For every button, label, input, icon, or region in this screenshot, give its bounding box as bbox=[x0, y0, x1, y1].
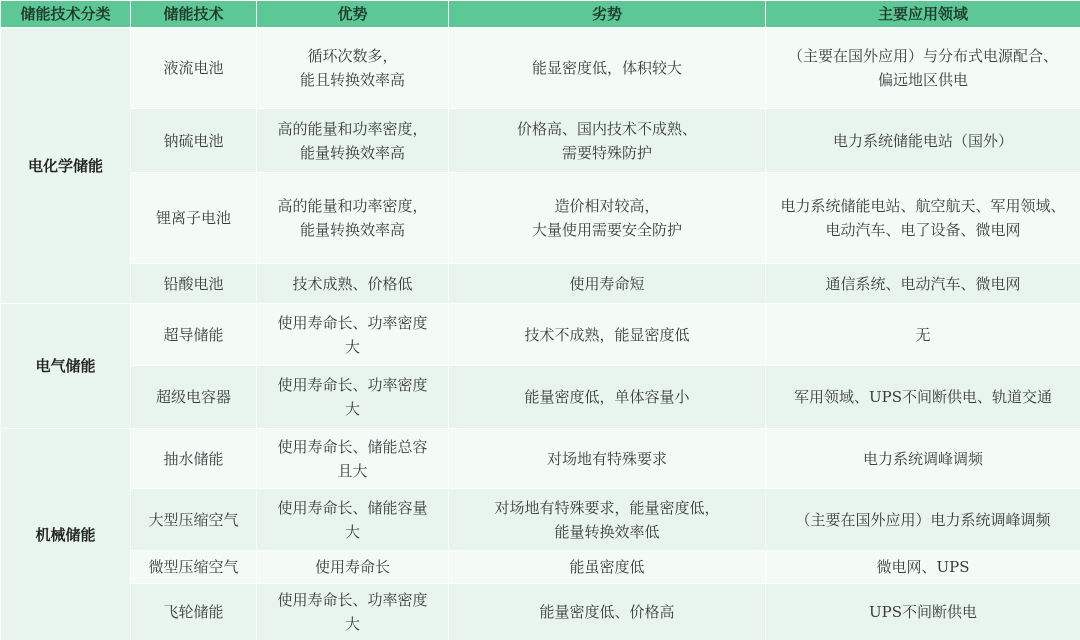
application-line: 电力系统储能电站、航空航天、军用领域、 bbox=[770, 194, 1076, 218]
disadvantage-line: 价格高、国内技术不成熟、 bbox=[453, 117, 761, 141]
tech-cell: 飞轮储能 bbox=[131, 584, 257, 640]
advantage-cell: 使用寿命长、功率密度 大 bbox=[257, 304, 449, 366]
disadvantage-line: 造价相对较高， bbox=[453, 194, 761, 218]
advantage-line: 能量转换效率高 bbox=[261, 141, 444, 165]
advantage-line: 使用寿命长、储能总容 bbox=[261, 435, 444, 459]
application-line: 军用领域、UPS不间断供电、轨道交通 bbox=[770, 385, 1076, 409]
category-cell: 电化学储能 bbox=[1, 28, 131, 304]
advantage-cell: 使用寿命长 bbox=[257, 551, 449, 584]
advantage-cell: 技术成熟、价格低 bbox=[257, 264, 449, 304]
disadvantage-line: 能量转换效率低 bbox=[453, 520, 761, 544]
advantage-line: 高的能量和功率密度， bbox=[261, 117, 444, 141]
disadvantage-line: 对场地有特殊要求，能量密度低， bbox=[453, 496, 761, 520]
disadvantage-cell: 造价相对较高， 大量使用需要安全防护 bbox=[449, 173, 766, 264]
disadvantage-cell: 技术不成熟，能显密度低 bbox=[449, 304, 766, 366]
advantage-line: 且大 bbox=[261, 459, 444, 483]
application-line: 电动汽车、电了设备、微电网 bbox=[770, 218, 1076, 242]
application-cell: 电力系统储能电站、航空航天、军用领域、 电动汽车、电了设备、微电网 bbox=[766, 173, 1080, 264]
header-disadvantage: 劣势 bbox=[449, 1, 766, 28]
application-cell: 电力系统调峰调频 bbox=[766, 429, 1080, 489]
advantage-line: 使用寿命长、功率密度 bbox=[261, 311, 444, 335]
disadvantage-line: 能量密度低，单体容量小 bbox=[453, 385, 761, 409]
table-row: 电化学储能 液流电池 循环次数多， 能且转换效率高 能显密度低，体积较大 （主要… bbox=[1, 28, 1080, 109]
application-line: 偏远地区供电 bbox=[770, 68, 1076, 92]
advantage-line: 技术成熟、价格低 bbox=[261, 272, 444, 296]
header-category: 储能技术分类 bbox=[1, 1, 131, 28]
tech-cell: 抽水储能 bbox=[131, 429, 257, 489]
tech-cell: 铅酸电池 bbox=[131, 264, 257, 304]
advantage-cell: 高的能量和功率密度， 能量转换效率高 bbox=[257, 173, 449, 264]
advantage-cell: 高的能量和功率密度， 能量转换效率高 bbox=[257, 109, 449, 173]
application-line: UPS不间断供电 bbox=[770, 600, 1076, 624]
advantage-line: 大 bbox=[261, 335, 444, 359]
disadvantage-cell: 能虽密度低 bbox=[449, 551, 766, 584]
header-technology: 储能技术 bbox=[131, 1, 257, 28]
disadvantage-cell: 对场地有特殊要求 bbox=[449, 429, 766, 489]
table-row: 机械储能 抽水储能 使用寿命长、储能总容 且大 对场地有特殊要求 电力系统调峰调… bbox=[1, 429, 1080, 489]
application-line: 电力系统储能电站（国外） bbox=[770, 129, 1076, 153]
disadvantage-line: 对场地有特殊要求 bbox=[453, 447, 761, 471]
header-row: 储能技术分类 储能技术 优势 劣势 主要应用领域 bbox=[1, 1, 1080, 28]
advantage-line: 使用寿命长、储能容量 bbox=[261, 496, 444, 520]
table-row: 电气储能 超导储能 使用寿命长、功率密度 大 技术不成熟，能显密度低 无 bbox=[1, 304, 1080, 366]
application-cell: UPS不间断供电 bbox=[766, 584, 1080, 640]
application-line: 无 bbox=[770, 323, 1076, 347]
table-row: 大型压缩空气 使用寿命长、储能容量 大 对场地有特殊要求，能量密度低， 能量转换… bbox=[1, 489, 1080, 551]
application-cell: 军用领域、UPS不间断供电、轨道交通 bbox=[766, 366, 1080, 429]
header-application: 主要应用领域 bbox=[766, 1, 1080, 28]
advantage-line: 使用寿命长 bbox=[261, 555, 444, 579]
advantage-line: 循环次数多， bbox=[261, 44, 444, 68]
application-cell: 通信系统、电动汽车、微电网 bbox=[766, 264, 1080, 304]
advantage-line: 高的能量和功率密度， bbox=[261, 194, 444, 218]
application-line: 电力系统调峰调频 bbox=[770, 447, 1076, 471]
application-line: 微电网、UPS bbox=[770, 555, 1076, 579]
application-line: （主要在国外应用）电力系统调峰调频 bbox=[770, 508, 1076, 532]
advantage-cell: 使用寿命长、功率密度 大 bbox=[257, 584, 449, 640]
application-line: 通信系统、电动汽车、微电网 bbox=[770, 272, 1076, 296]
table-row: 钠硫电池 高的能量和功率密度， 能量转换效率高 价格高、国内技术不成熟、 需要特… bbox=[1, 109, 1080, 173]
advantage-line: 能且转换效率高 bbox=[261, 68, 444, 92]
application-cell: 微电网、UPS bbox=[766, 551, 1080, 584]
disadvantage-cell: 能显密度低，体积较大 bbox=[449, 28, 766, 109]
advantage-cell: 使用寿命长、储能容量 大 bbox=[257, 489, 449, 551]
disadvantage-cell: 使用寿命短 bbox=[449, 264, 766, 304]
disadvantage-line: 能虽密度低 bbox=[453, 555, 761, 579]
tech-cell: 超导储能 bbox=[131, 304, 257, 366]
advantage-line: 大 bbox=[261, 612, 444, 636]
table-row: 微型压缩空气 使用寿命长 能虽密度低 微电网、UPS bbox=[1, 551, 1080, 584]
advantage-line: 使用寿命长、功率密度 bbox=[261, 373, 444, 397]
table-row: 超级电容器 使用寿命长、功率密度 大 能量密度低，单体容量小 军用领域、UPS不… bbox=[1, 366, 1080, 429]
disadvantage-line: 使用寿命短 bbox=[453, 272, 761, 296]
application-cell: （主要在国外应用）与分布式电源配合、 偏远地区供电 bbox=[766, 28, 1080, 109]
advantage-line: 大 bbox=[261, 520, 444, 544]
application-cell: 无 bbox=[766, 304, 1080, 366]
advantage-cell: 使用寿命长、功率密度 大 bbox=[257, 366, 449, 429]
disadvantage-line: 能显密度低，体积较大 bbox=[453, 56, 761, 80]
category-cell: 机械储能 bbox=[1, 429, 131, 640]
category-cell: 电气储能 bbox=[1, 304, 131, 429]
application-cell: （主要在国外应用）电力系统调峰调频 bbox=[766, 489, 1080, 551]
table-row: 飞轮储能 使用寿命长、功率密度 大 能量密度低、价格高 UPS不间断供电 bbox=[1, 584, 1080, 640]
table-row: 铅酸电池 技术成熟、价格低 使用寿命短 通信系统、电动汽车、微电网 bbox=[1, 264, 1080, 304]
tech-cell: 超级电容器 bbox=[131, 366, 257, 429]
header-advantage: 优势 bbox=[257, 1, 449, 28]
disadvantage-cell: 能量密度低，单体容量小 bbox=[449, 366, 766, 429]
disadvantage-line: 能量密度低、价格高 bbox=[453, 600, 761, 624]
tech-cell: 锂离子电池 bbox=[131, 173, 257, 264]
application-line: （主要在国外应用）与分布式电源配合、 bbox=[770, 44, 1076, 68]
disadvantage-line: 需要特殊防护 bbox=[453, 141, 761, 165]
tech-cell: 微型压缩空气 bbox=[131, 551, 257, 584]
table-row: 锂离子电池 高的能量和功率密度， 能量转换效率高 造价相对较高， 大量使用需要安… bbox=[1, 173, 1080, 264]
energy-storage-comparison-table: 储能技术分类 储能技术 优势 劣势 主要应用领域 电化学储能 液流电池 循环次数… bbox=[0, 0, 1080, 640]
advantage-line: 使用寿命长、功率密度 bbox=[261, 588, 444, 612]
advantage-line: 大 bbox=[261, 397, 444, 421]
advantage-line: 能量转换效率高 bbox=[261, 218, 444, 242]
application-cell: 电力系统储能电站（国外） bbox=[766, 109, 1080, 173]
disadvantage-cell: 价格高、国内技术不成熟、 需要特殊防护 bbox=[449, 109, 766, 173]
tech-cell: 液流电池 bbox=[131, 28, 257, 109]
disadvantage-cell: 对场地有特殊要求，能量密度低， 能量转换效率低 bbox=[449, 489, 766, 551]
tech-cell: 大型压缩空气 bbox=[131, 489, 257, 551]
disadvantage-cell: 能量密度低、价格高 bbox=[449, 584, 766, 640]
tech-cell: 钠硫电池 bbox=[131, 109, 257, 173]
advantage-cell: 循环次数多， 能且转换效率高 bbox=[257, 28, 449, 109]
disadvantage-line: 技术不成熟，能显密度低 bbox=[453, 323, 761, 347]
disadvantage-line: 大量使用需要安全防护 bbox=[453, 218, 761, 242]
advantage-cell: 使用寿命长、储能总容 且大 bbox=[257, 429, 449, 489]
